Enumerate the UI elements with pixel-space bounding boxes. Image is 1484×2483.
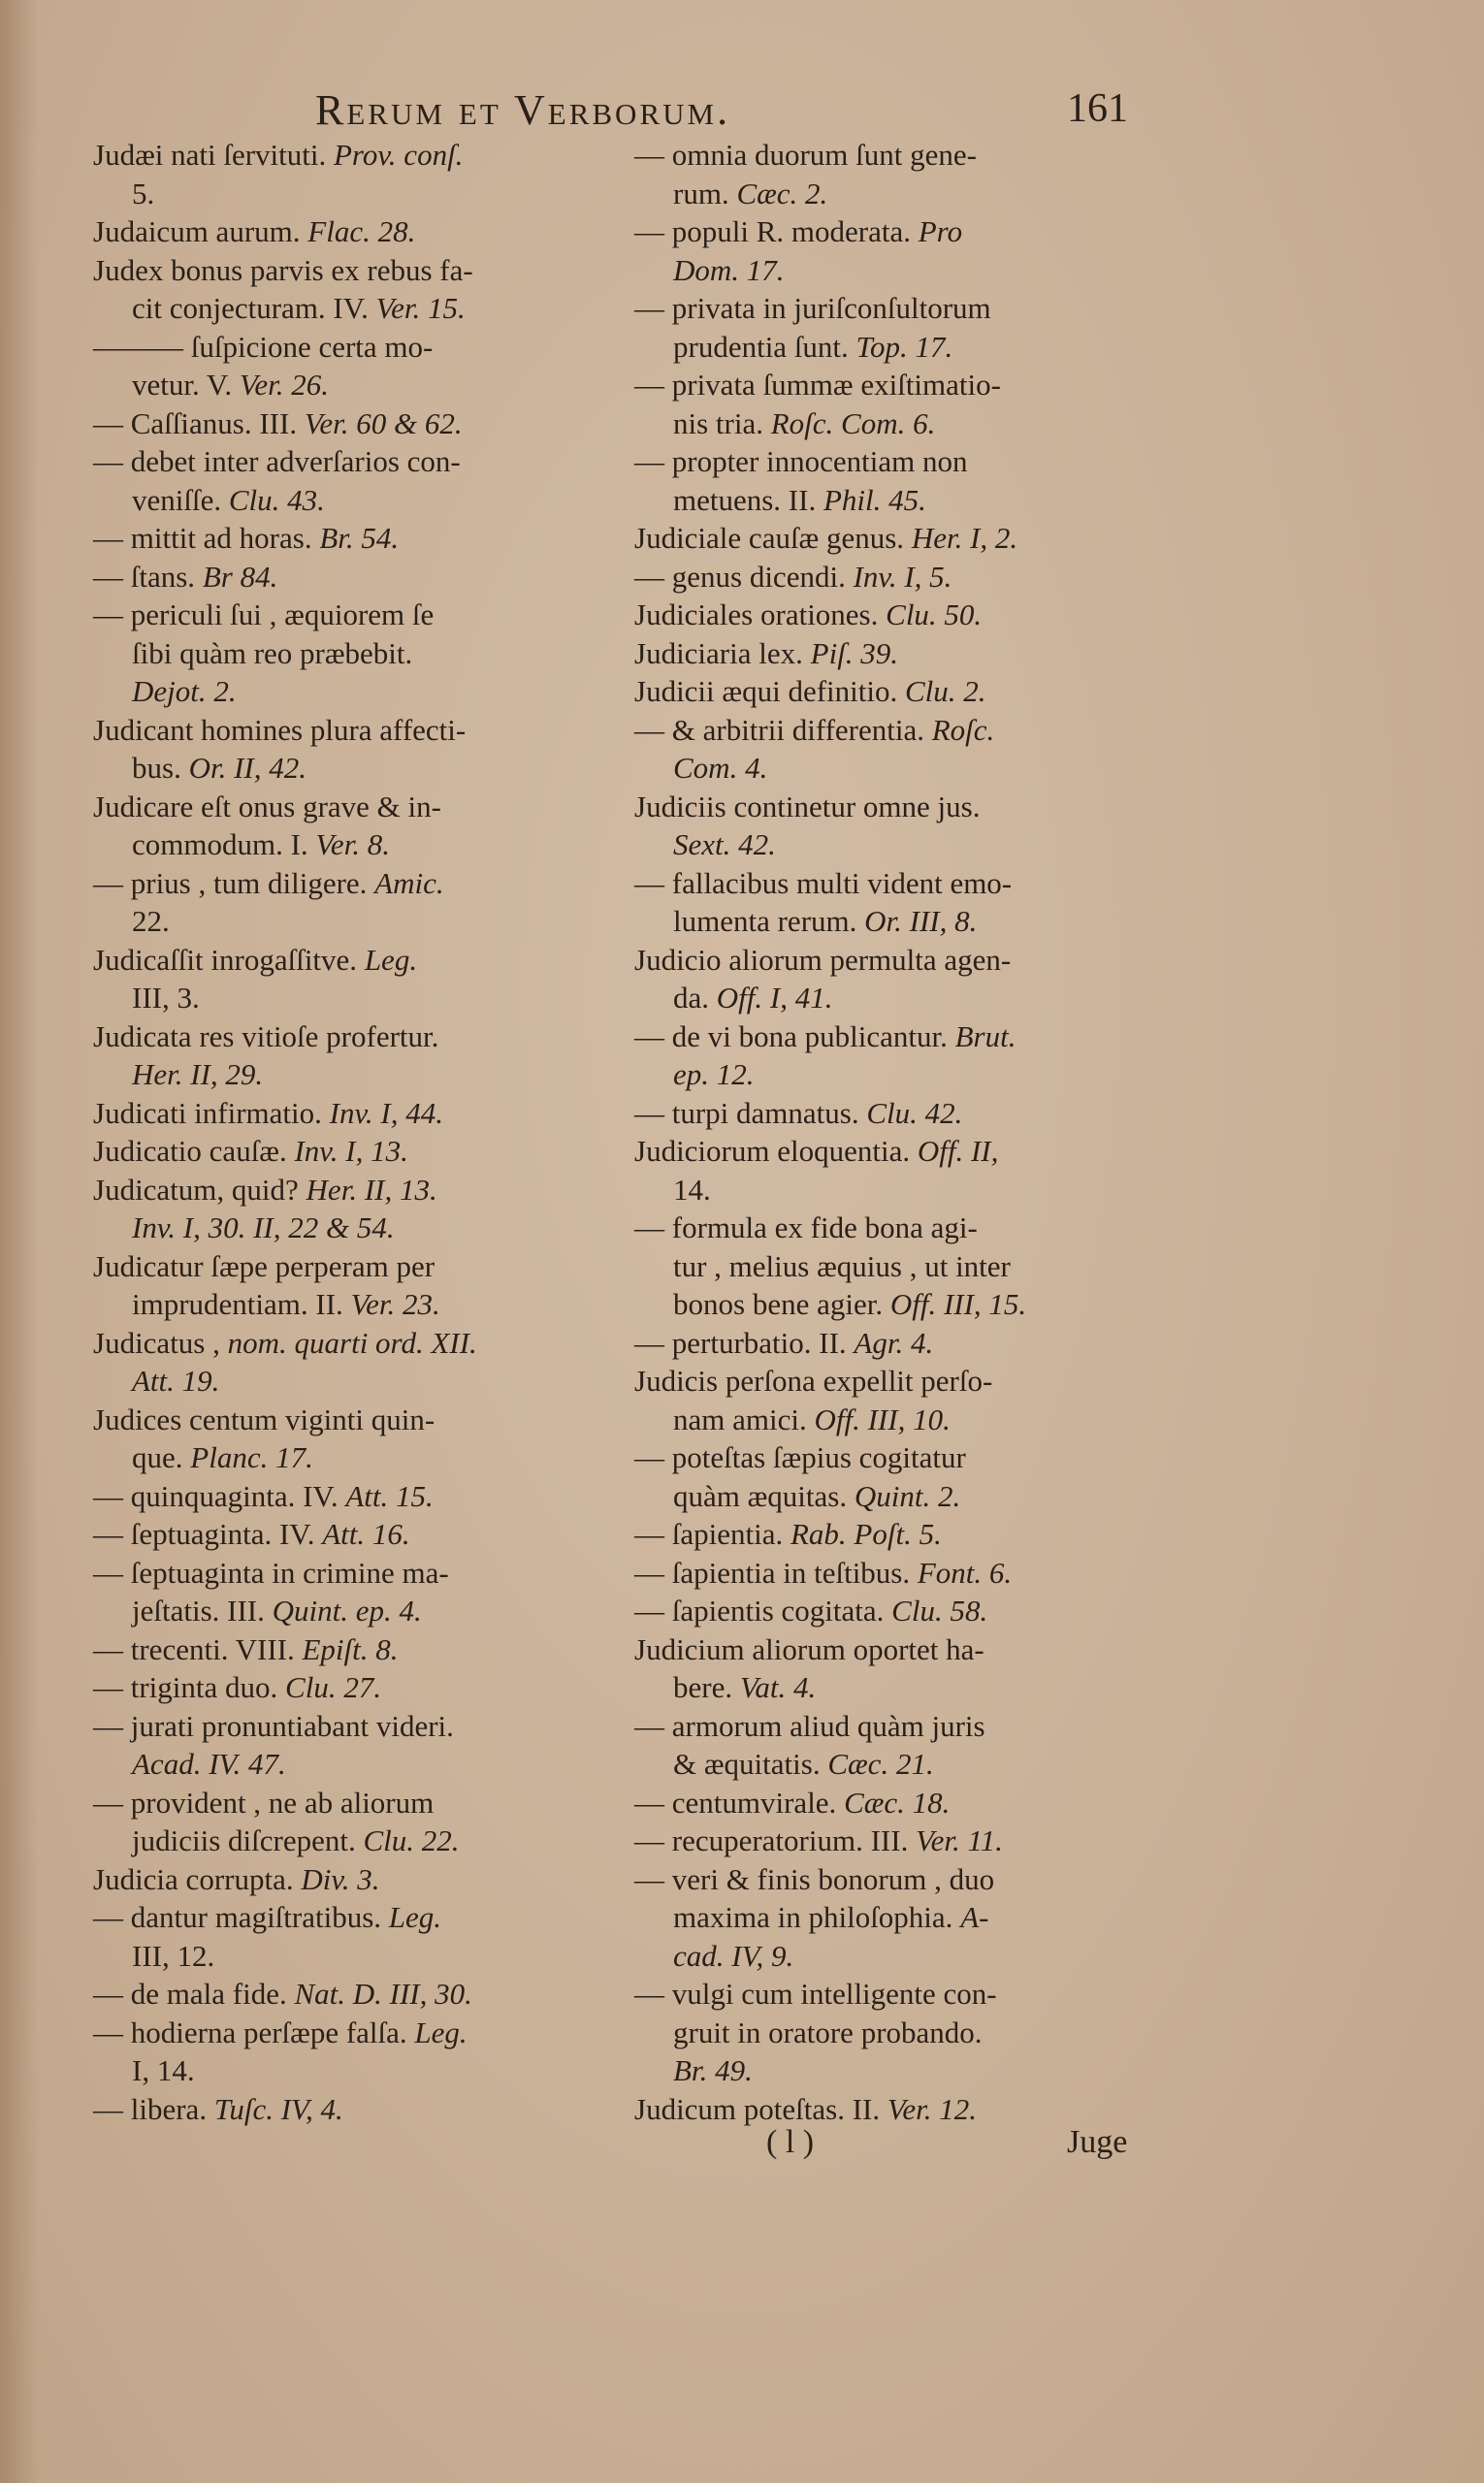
entry-text: — genus dicendi. (634, 560, 854, 594)
index-entry-line: — trecenti. VIII. Epiſt. 8. (93, 1630, 597, 1669)
entry-reference: Vat. 4. (740, 1670, 816, 1704)
entry-text: — recuperatorium. III. (634, 1823, 916, 1857)
entry-reference: Rab. Poſt. 5. (790, 1517, 942, 1551)
entry-text: nis tria. (673, 406, 771, 440)
entry-text: Judæi nati ſervituti. (93, 138, 334, 172)
index-entry-line: Judiciale cauſæ genus. Her. I, 2. (634, 519, 1153, 558)
index-entry-line: veniſſe. Clu. 43. (93, 481, 597, 520)
index-entry-line: commodum. I. Ver. 8. (93, 825, 597, 864)
index-entry-line: vetur. V. Ver. 26. (93, 366, 597, 404)
entry-reference: Leg. (365, 943, 417, 977)
entry-reference: Sext. 42. (673, 827, 776, 861)
book-page: Rerum et Verborum. 161 Judæi nati ſervit… (0, 0, 1484, 2483)
entry-reference: cad. IV, 9. (673, 1939, 793, 1973)
entry-reference: Or. II, 42. (189, 751, 306, 785)
entry-text: — periculi ſui , æquiorem ſe (93, 597, 434, 631)
index-entry-line: Judicis perſona expellit perſo- (634, 1362, 1153, 1401)
entry-text: Judices centum viginti quin- (93, 1403, 435, 1436)
entry-text: — privata in juriſconſultorum (634, 291, 991, 325)
entry-text: — veri & finis bonorum , duo (634, 1862, 994, 1896)
entry-text: — quinquaginta. IV. (93, 1479, 345, 1513)
entry-text: Judiciaria lex. (634, 636, 811, 670)
entry-text: — ſeptuaginta. IV. (93, 1517, 322, 1551)
index-entry-line: Judicii æqui definitio. Clu. 2. (634, 672, 1153, 711)
entry-reference: Prov. conſ. (334, 138, 463, 172)
entry-reference: Agr. 4. (854, 1326, 933, 1360)
entry-text: — provident , ne ab aliorum (93, 1786, 434, 1820)
entry-text: 14. (673, 1173, 711, 1207)
entry-reference: Br 84. (203, 560, 278, 594)
index-entry-line: Sext. 42. (634, 825, 1153, 864)
entry-reference: Com. 4. (673, 751, 767, 785)
entry-text: — poteſtas ſæpius cogitatur (634, 1440, 966, 1474)
entry-text: III, 3. (132, 981, 200, 1015)
index-entry-line: Judicium aliorum oportet ha- (634, 1630, 1153, 1669)
index-entry-line: — ſapientia. Rab. Poſt. 5. (634, 1515, 1153, 1554)
entry-text: commodum. I. (132, 827, 315, 861)
index-entry-line: cit conjecturam. IV. Ver. 15. (93, 289, 597, 328)
entry-text: Judicata res vitioſe profertur. (93, 1019, 438, 1053)
entry-reference: Ver. 11. (916, 1823, 1003, 1857)
index-entry-line: Judices centum viginti quin- (93, 1401, 597, 1439)
index-entry-line: — omnia duorum ſunt gene- (634, 136, 1153, 175)
entry-text: — vulgi cum intelligente con- (634, 1977, 997, 2011)
entry-reference: ep. 12. (673, 1057, 755, 1091)
entry-reference: Att. 15. (345, 1479, 433, 1513)
index-entry-line: Dejot. 2. (93, 672, 597, 711)
entry-reference: A- (960, 1900, 988, 1934)
index-entry-line: — libera. Tuſc. IV, 4. (93, 2090, 597, 2129)
entry-text: maxima in philoſophia. (673, 1900, 960, 1934)
entry-text: — ſtans. (93, 560, 203, 594)
index-entry-line: rum. Cæc. 2. (634, 175, 1153, 213)
index-entry-line: — veri & finis bonorum , duo (634, 1860, 1153, 1899)
index-entry-line: que. Planc. 17. (93, 1438, 597, 1477)
entry-text: cit conjecturam. IV. (132, 291, 376, 325)
entry-text: ——— ſuſpicione certa mo- (93, 330, 433, 364)
entry-text: — trecenti. VIII. (93, 1632, 303, 1666)
entry-text: Judex bonus parvis ex rebus fa- (93, 253, 473, 287)
entry-text: da. (673, 981, 717, 1015)
entry-reference: Tuſc. IV, 4. (214, 2092, 343, 2126)
entry-reference: Ver. 26. (240, 368, 329, 402)
index-entry-line: Judicatio cauſæ. Inv. I, 13. (93, 1132, 597, 1171)
index-entry-line: — privata in juriſconſultorum (634, 289, 1153, 328)
index-entry-line: Com. 4. (634, 749, 1153, 788)
entry-text: — mittit ad horas. (93, 521, 319, 555)
index-entry-line: 22. (93, 902, 597, 941)
index-entry-line: III, 3. (93, 979, 597, 1017)
index-entry-line: 5. (93, 175, 597, 213)
entry-reference: Quint. ep. 4. (273, 1594, 422, 1628)
index-entry-line: — recuperatorium. III. Ver. 11. (634, 1822, 1153, 1860)
signature-mark: ( l ) (766, 2124, 814, 2161)
entry-text: bere. (673, 1670, 740, 1704)
entry-text: — libera. (93, 2092, 214, 2126)
page-number: 161 (1067, 85, 1128, 132)
index-entry-line: Acad. IV. 47. (93, 1745, 597, 1784)
entry-text: — ſapientia in teſtibus. (634, 1556, 918, 1590)
entry-text: — debet inter adverſarios con- (93, 444, 461, 478)
index-entry-line: nis tria. Roſc. Com. 6. (634, 404, 1153, 443)
entry-reference: Br. 49. (673, 2053, 753, 2087)
index-entry-line: — populi R. moderata. Pro (634, 212, 1153, 251)
entry-reference: Cæc. 18. (844, 1786, 950, 1820)
entry-text: — prius , tum diligere. (93, 866, 374, 900)
entry-text: jeſtatis. III. (132, 1594, 273, 1628)
entry-reference: Quint. 2. (855, 1479, 960, 1513)
entry-text: prudentia ſunt. (673, 330, 856, 364)
entry-reference: Brut. (955, 1019, 1016, 1053)
index-entry-line: — mittit ad horas. Br. 54. (93, 519, 597, 558)
entry-text: vetur. V. (132, 368, 240, 402)
entry-text: I, 14. (132, 2053, 195, 2087)
entry-text: Judiciale cauſæ genus. (634, 521, 912, 555)
index-entry-line: — privata ſummæ exiſtimatio- (634, 366, 1153, 404)
entry-text: — dantur magiſtratibus. (93, 1900, 389, 1934)
index-entry-line: — de mala fide. Nat. D. III, 30. (93, 1975, 597, 2014)
entry-reference: Amic. (374, 866, 443, 900)
entry-reference: Clu. 43. (229, 483, 325, 517)
entry-reference: Div. 3. (301, 1862, 379, 1896)
index-entry-line: — ſtans. Br 84. (93, 558, 597, 597)
entry-text: — de mala fide. (93, 1977, 294, 2011)
index-entry-line: — & arbitrii differentia. Roſc. (634, 711, 1153, 750)
index-entry-line: — quinquaginta. IV. Att. 15. (93, 1477, 597, 1516)
entry-text: Judicant homines plura affecti- (93, 713, 466, 747)
index-entry-line: Judaicum aurum. Flac. 28. (93, 212, 597, 251)
index-entry-line: — Caſſianus. III. Ver. 60 & 62. (93, 404, 597, 443)
index-entry-line: Judicant homines plura affecti- (93, 711, 597, 750)
index-entry-line: bus. Or. II, 42. (93, 749, 597, 788)
index-entry-line: — fallacibus multi vident emo- (634, 864, 1153, 903)
index-entry-line: lumenta rerum. Or. III, 8. (634, 902, 1153, 941)
index-entry-line: — de vi bona publicantur. Brut. (634, 1017, 1153, 1056)
entry-text: rum. (673, 177, 736, 210)
entry-reference: Ver. 15. (376, 291, 466, 325)
entry-reference: Pro (919, 214, 962, 248)
entry-text: judiciis diſcrepent. (132, 1823, 363, 1857)
entry-reference: Inv. I, 30. II, 22 & 54. (132, 1210, 395, 1244)
entry-text: — propter innocentiam non (634, 444, 968, 478)
index-entry-line: — prius , tum diligere. Amic. (93, 864, 597, 903)
entry-reference: Roſc. Com. 6. (771, 406, 936, 440)
entry-reference: Inv. I, 5. (854, 560, 952, 594)
entry-reference: Off. III, 10. (814, 1403, 950, 1436)
page-footer: ( l ) Juge (0, 2124, 1484, 2173)
entry-reference: Cæc. 21. (827, 1747, 933, 1781)
index-entry-line: ep. 12. (634, 1055, 1153, 1094)
running-title: Rerum et Verborum. (315, 85, 730, 135)
index-entry-line: Judiciaria lex. Piſ. 39. (634, 634, 1153, 673)
entry-text: & æquitatis. (673, 1747, 827, 1781)
entry-text: — ſeptuaginta in crimine ma- (93, 1556, 449, 1590)
index-entry-line: — provident , ne ab aliorum (93, 1784, 597, 1822)
entry-reference: Br. 54. (319, 521, 399, 555)
entry-reference: Clu. 42. (866, 1096, 962, 1130)
entry-text: 22. (132, 904, 170, 938)
index-entry-line: Br. 49. (634, 2051, 1153, 2090)
entry-text: — omnia duorum ſunt gene- (634, 138, 977, 172)
entry-text: Judicatus , (93, 1326, 228, 1360)
index-entry-line: Dom. 17. (634, 251, 1153, 290)
entry-text: Judicium aliorum oportet ha- (634, 1632, 984, 1666)
entry-text: Judicia corrupta. (93, 1862, 301, 1896)
entry-text: ſibi quàm reo præbebit. (132, 636, 412, 670)
entry-reference: Top. 17. (856, 330, 953, 364)
index-entry-line: Judicio aliorum permulta agen- (634, 941, 1153, 980)
entry-text: tur , melius æquius , ut inter (673, 1249, 1011, 1283)
index-entry-line: — propter innocentiam non (634, 442, 1153, 481)
entry-reference: Nat. D. III, 30. (294, 1977, 471, 2011)
entry-reference: Piſ. 39. (811, 636, 898, 670)
index-entry-line: Att. 19. (93, 1362, 597, 1401)
entry-reference: Roſc. (932, 713, 995, 747)
entry-text: Judicio aliorum permulta agen- (634, 943, 1011, 977)
entry-text: veniſſe. (132, 483, 229, 517)
index-entry-line: — poteſtas ſæpius cogitatur (634, 1438, 1153, 1477)
entry-text: Judicatio cauſæ. (93, 1134, 294, 1168)
index-entry-line: — centumvirale. Cæc. 18. (634, 1784, 1153, 1822)
entry-text: — jurati pronuntiabant videri. (93, 1709, 454, 1743)
entry-reference: Leg. (414, 2015, 467, 2049)
index-entry-line: nam amici. Off. III, 10. (634, 1401, 1153, 1439)
index-entry-line: Judicati infirmatio. Inv. I, 44. (93, 1094, 597, 1133)
index-entry-line: — genus dicendi. Inv. I, 5. (634, 558, 1153, 597)
entry-text: Judicatum, quid? (93, 1173, 306, 1207)
entry-text: Judicaſſit inrogaſſitve. (93, 943, 365, 977)
index-entry-line: bere. Vat. 4. (634, 1668, 1153, 1707)
entry-reference: Dejot. 2. (132, 674, 237, 708)
index-entry-line: — debet inter adverſarios con- (93, 442, 597, 481)
index-entry-line: 14. (634, 1171, 1153, 1209)
index-entry-line: III, 12. (93, 1937, 597, 1976)
entry-reference: Leg. (389, 1900, 441, 1934)
index-entry-line: — turpi damnatus. Clu. 42. (634, 1094, 1153, 1133)
entry-reference: Cæc. 2. (736, 177, 827, 210)
entry-reference: Clu. 2. (905, 674, 986, 708)
index-entry-line: — ſeptuaginta. IV. Att. 16. (93, 1515, 597, 1554)
index-entry-line: ——— ſuſpicione certa mo- (93, 328, 597, 367)
entry-reference: nom. quarti ord. XII. (228, 1326, 477, 1360)
entry-reference: Flac. 28. (307, 214, 415, 248)
entry-reference: Clu. 58. (891, 1594, 987, 1628)
entry-reference: Clu. 27. (285, 1670, 381, 1704)
right-column: — omnia duorum ſunt gene-rum. Cæc. 2.— p… (634, 136, 1153, 2128)
entry-text: — centumvirale. (634, 1786, 844, 1820)
index-entry-line: Judiciorum eloquentia. Off. II, (634, 1132, 1153, 1171)
entry-text: Judicii æqui definitio. (634, 674, 905, 708)
entry-reference: Ver. 12. (887, 2092, 977, 2126)
index-entry-line: — formula ex fide bona agi- (634, 1209, 1153, 1247)
entry-text: — privata ſummæ exiſtimatio- (634, 368, 1001, 402)
index-entry-line: imprudentiam. II. Ver. 23. (93, 1285, 597, 1324)
entry-text: Judicis perſona expellit perſo- (634, 1364, 992, 1398)
index-entry-line: — dantur magiſtratibus. Leg. (93, 1898, 597, 1937)
index-entry-line: Judicatum, quid? Her. II, 13. (93, 1171, 597, 1209)
index-entry-line: — perturbatio. II. Agr. 4. (634, 1324, 1153, 1363)
entry-text: metuens. II. (673, 483, 823, 517)
entry-text: — Caſſianus. III. (93, 406, 305, 440)
entry-reference: Inv. I, 44. (330, 1096, 443, 1130)
entry-reference: Font. 6. (918, 1556, 1012, 1590)
index-entry-line: bonos bene agier. Off. III, 15. (634, 1285, 1153, 1324)
index-entry-line: — hodierna perſæpe falſa. Leg. (93, 2014, 597, 2052)
index-entry-line: — armorum aliud quàm juris (634, 1707, 1153, 1746)
entry-text: gruit in oratore probando. (673, 2015, 983, 2049)
index-entry-line: — ſapientia in teſtibus. Font. 6. (634, 1554, 1153, 1593)
index-entry-line: Judex bonus parvis ex rebus fa- (93, 251, 597, 290)
entry-text: que. (132, 1440, 190, 1474)
entry-reference: Off. I, 41. (717, 981, 833, 1015)
index-entry-line: Judicare eſt onus grave & in- (93, 788, 597, 826)
entry-reference: Clu. 50. (886, 597, 982, 631)
entry-reference: Inv. I, 13. (294, 1134, 407, 1168)
index-entry-line: — vulgi cum intelligente con- (634, 1975, 1153, 2014)
entry-text: — populi R. moderata. (634, 214, 919, 248)
entry-reference: Epiſt. 8. (303, 1632, 399, 1666)
index-entry-line: Judicum poteſtas. II. Ver. 12. (634, 2090, 1153, 2129)
index-entry-line: — ſeptuaginta in crimine ma- (93, 1554, 597, 1593)
index-entry-line: ſibi quàm reo præbebit. (93, 634, 597, 673)
entry-text: Judicati infirmatio. (93, 1096, 330, 1130)
entry-text: — formula ex fide bona agi- (634, 1210, 978, 1244)
index-entry-line: Inv. I, 30. II, 22 & 54. (93, 1209, 597, 1247)
index-entry-line: — jurati pronuntiabant videri. (93, 1707, 597, 1746)
entry-text: lumenta rerum. (673, 904, 864, 938)
entry-reference: Ver. 60 & 62. (305, 406, 463, 440)
entry-text: bus. (132, 751, 189, 785)
index-entry-line: jeſtatis. III. Quint. ep. 4. (93, 1592, 597, 1630)
index-entry-line: Judicata res vitioſe profertur. (93, 1017, 597, 1056)
entry-text: — hodierna perſæpe falſa. (93, 2015, 414, 2049)
entry-text: Judicum poteſtas. II. (634, 2092, 887, 2126)
index-entry-line: & æquitatis. Cæc. 21. (634, 1745, 1153, 1784)
index-entry-line: — triginta duo. Clu. 27. (93, 1668, 597, 1707)
entry-reference: Clu. 22. (363, 1823, 459, 1857)
index-entry-line: I, 14. (93, 2051, 597, 2090)
index-entry-line: Judicatur ſæpe perperam per (93, 1247, 597, 1286)
entry-text: — ſapientia. (634, 1517, 790, 1551)
index-entry-line: Judicia corrupta. Div. 3. (93, 1860, 597, 1899)
entry-reference: Her. II, 29. (132, 1057, 263, 1091)
index-entry-line: gruit in oratore probando. (634, 2014, 1153, 2052)
entry-reference: Dom. 17. (673, 253, 785, 287)
entry-reference: Att. 16. (322, 1517, 409, 1551)
entry-reference: Her. I, 2. (912, 521, 1017, 555)
entry-reference: Att. 19. (132, 1364, 219, 1398)
entry-text: 5. (132, 177, 154, 210)
index-entry-line: Judæi nati ſervituti. Prov. conſ. (93, 136, 597, 175)
index-entry-line: Judicatus , nom. quarti ord. XII. (93, 1324, 597, 1363)
index-entry-line: da. Off. I, 41. (634, 979, 1153, 1017)
entry-reference: Ver. 23. (351, 1287, 440, 1321)
entry-reference: Phil. 45. (823, 483, 926, 517)
index-entry-line: — periculi ſui , æquiorem ſe (93, 596, 597, 634)
entry-text: imprudentiam. II. (132, 1287, 351, 1321)
entry-text: — de vi bona publicantur. (634, 1019, 955, 1053)
entry-text: Judiciorum eloquentia. (634, 1134, 918, 1168)
entry-reference: Or. III, 8. (864, 904, 977, 938)
entry-text: Judaicum aurum. (93, 214, 307, 248)
entry-text: quàm æquitas. (673, 1479, 855, 1513)
index-entry-line: cad. IV, 9. (634, 1937, 1153, 1976)
index-entry-line: Judiciis continetur omne jus. (634, 788, 1153, 826)
entry-text: bonos bene agier. (673, 1287, 890, 1321)
index-entry-line: prudentia ſunt. Top. 17. (634, 328, 1153, 367)
entry-reference: Her. II, 13. (306, 1173, 437, 1207)
index-entry-line: metuens. II. Phil. 45. (634, 481, 1153, 520)
entry-text: III, 12. (132, 1939, 214, 1973)
entry-text: — ſapientis cogitata. (634, 1594, 891, 1628)
entry-reference: Acad. IV. 47. (132, 1747, 286, 1781)
index-entry-line: judiciis diſcrepent. Clu. 22. (93, 1822, 597, 1860)
page-header: Rerum et Verborum. 161 (0, 85, 1484, 134)
entry-reference: Off. III, 15. (890, 1287, 1026, 1321)
index-entry-line: tur , melius æquius , ut inter (634, 1247, 1153, 1286)
entry-text: Judiciis continetur omne jus. (634, 790, 980, 823)
entry-reference: Off. II, (918, 1134, 999, 1168)
index-entry-line: quàm æquitas. Quint. 2. (634, 1477, 1153, 1516)
index-entry-line: Judiciales orationes. Clu. 50. (634, 596, 1153, 634)
entry-text: Judicatur ſæpe perperam per (93, 1249, 435, 1283)
entry-text: — triginta duo. (93, 1670, 285, 1704)
entry-text: — perturbatio. II. (634, 1326, 854, 1360)
index-entry-line: — ſapientis cogitata. Clu. 58. (634, 1592, 1153, 1630)
index-entry-line: Her. II, 29. (93, 1055, 597, 1094)
entry-text: Judiciales orationes. (634, 597, 886, 631)
entry-text: — armorum aliud quàm juris (634, 1709, 985, 1743)
entry-text: Judicare eſt onus grave & in- (93, 790, 441, 823)
catchword: Juge (1067, 2124, 1127, 2161)
entry-text: nam amici. (673, 1403, 814, 1436)
page-edge-shadow (0, 0, 39, 2483)
entry-text: — turpi damnatus. (634, 1096, 866, 1130)
index-entry-line: maxima in philoſophia. A- (634, 1898, 1153, 1937)
entry-reference: Planc. 17. (190, 1440, 313, 1474)
entry-reference: Ver. 8. (315, 827, 390, 861)
left-column: Judæi nati ſervituti. Prov. conſ.5.Judai… (93, 136, 597, 2128)
index-entry-line: Judicaſſit inrogaſſitve. Leg. (93, 941, 597, 980)
entry-text: — fallacibus multi vident emo- (634, 866, 1012, 900)
entry-text: — & arbitrii differentia. (634, 713, 932, 747)
